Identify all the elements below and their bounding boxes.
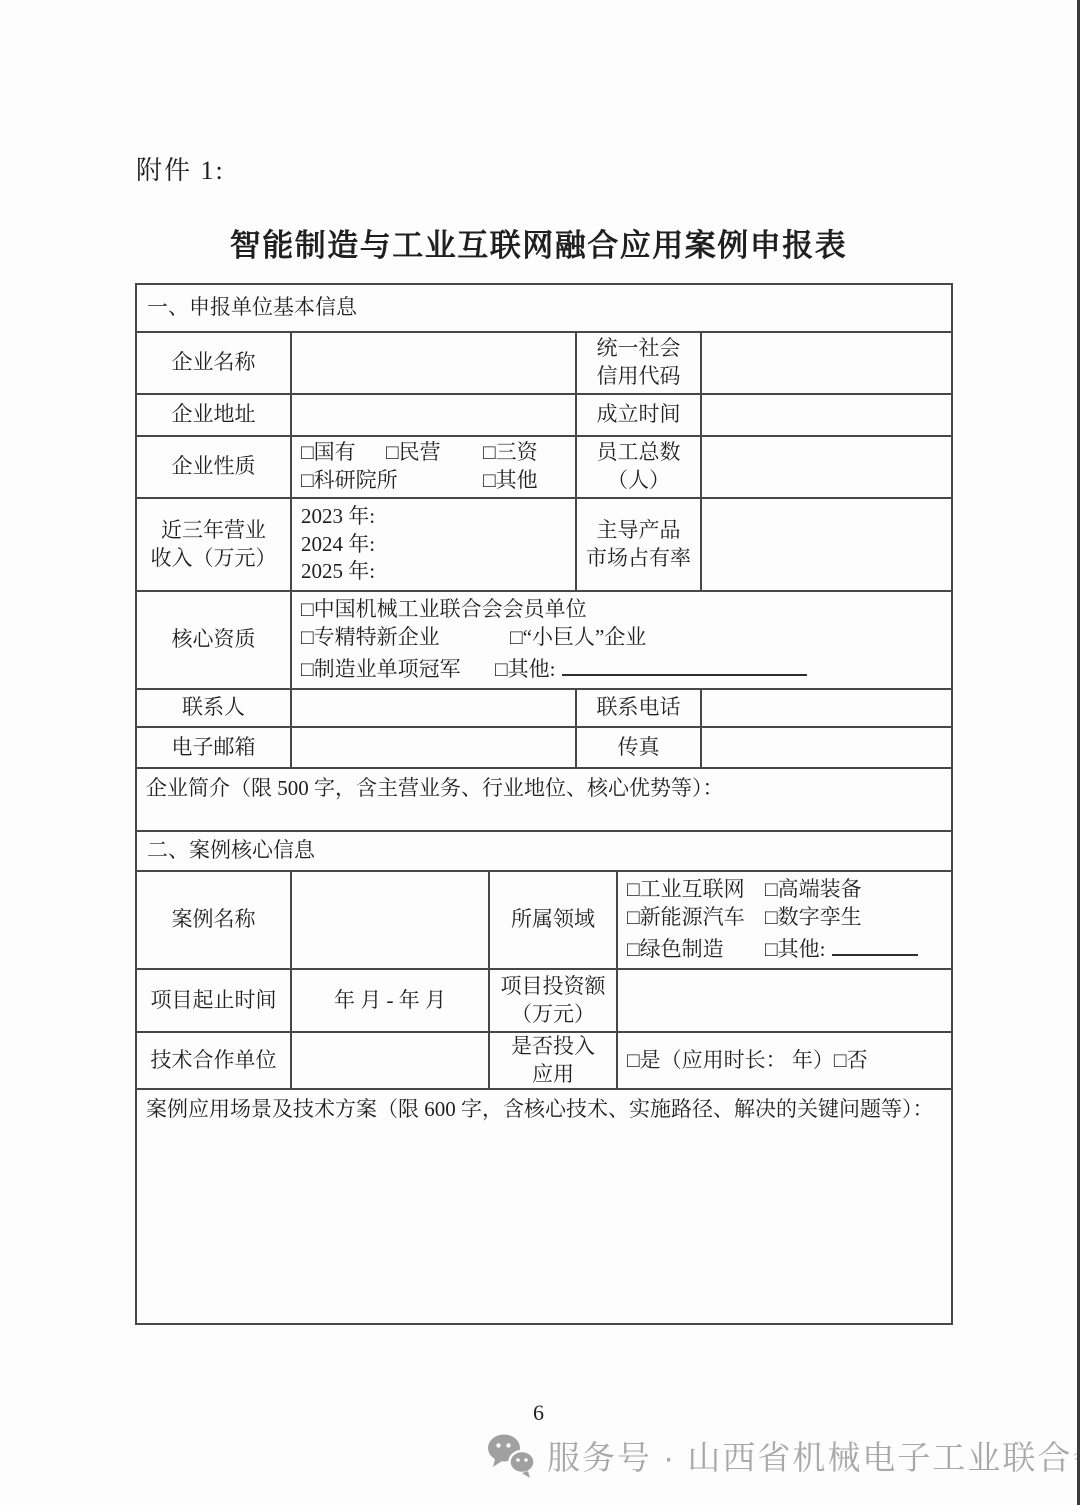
market-share-input-area bbox=[700, 499, 951, 590]
checkbox-option-state-owned: □国有 bbox=[301, 439, 386, 467]
investment-label-line2: （万元） bbox=[511, 1001, 595, 1029]
employees-input-area bbox=[700, 437, 951, 497]
company-address-label: 企业地址 bbox=[137, 395, 290, 435]
nature-options-line2: □科研院所□其他 bbox=[301, 467, 538, 495]
revenue-year-2024: 2024 年: bbox=[301, 531, 375, 559]
credit-code-label: 统一社会 信用代码 bbox=[575, 333, 700, 393]
checkbox-option-nature-other: □其他 bbox=[483, 468, 538, 492]
attachment-label: 附件 1: bbox=[136, 150, 225, 187]
company-name-label: 企业名称 bbox=[137, 333, 290, 393]
tech-partner-row: 技术合作单位 是否投入 应用 □是（应用时长： 年）□否 bbox=[137, 1031, 951, 1088]
tech-partner-label: 技术合作单位 bbox=[137, 1033, 290, 1088]
checkbox-option-new-energy-vehicle: □新能源汽车 bbox=[627, 904, 765, 932]
scenario-row: 案例应用场景及技术方案（限 600 字，含核心技术、实施路径、解决的关键问题等）… bbox=[137, 1088, 951, 1323]
company-nature-options: □国有□民营□三资 □科研院所□其他 bbox=[290, 437, 575, 497]
wechat-icon bbox=[487, 1433, 537, 1479]
email-label: 电子邮箱 bbox=[137, 728, 290, 767]
page-title: 智能制造与工业互联网融合应用案例申报表 bbox=[0, 220, 1077, 265]
market-share-label-line1: 主导产品 bbox=[597, 517, 681, 545]
revenue-label-line1: 近三年营业 bbox=[161, 517, 266, 545]
qualification-options-line2: □专精特新企业□“小巨人”企业 bbox=[301, 624, 646, 652]
qualification-row: 核心资质 □中国机械工业联合会会员单位 □专精特新企业□“小巨人”企业 □制造业… bbox=[137, 590, 951, 688]
nature-options-line1: □国有□民营□三资 bbox=[301, 439, 538, 467]
revenue-label-line2: 收入（万元） bbox=[151, 545, 277, 573]
employees-label: 员工总数 （人） bbox=[575, 437, 700, 497]
credit-code-label-line1: 统一社会 bbox=[597, 335, 681, 363]
revenue-year-2025: 2025 年: bbox=[301, 558, 375, 586]
project-duration-value: 年 月 - 年 月 bbox=[290, 970, 488, 1031]
applied-label: 是否投入 应用 bbox=[488, 1033, 616, 1088]
contact-label: 联系人 bbox=[137, 690, 290, 726]
checkbox-option-srdi-enterprise: □专精特新企业 bbox=[301, 624, 510, 652]
qualification-options-line3: □制造业单项冠军□其他: bbox=[301, 652, 807, 684]
section1-header: 一、申报单位基本信息 bbox=[137, 285, 951, 331]
checkbox-option-foreign: □三资 bbox=[483, 440, 538, 464]
email-input-area bbox=[290, 728, 575, 767]
contact-row: 联系人 联系电话 bbox=[137, 688, 951, 726]
credit-code-input-area bbox=[700, 333, 951, 393]
employees-label-line2: （人） bbox=[607, 467, 670, 495]
checkbox-option-qual-other: □其他: bbox=[495, 657, 556, 681]
field-options-line1: □工业互联网□高端装备 bbox=[627, 876, 862, 904]
fax-label: 传真 bbox=[575, 728, 700, 767]
company-profile-row: 企业简介（限 500 字，含主营业务、行业地位、核心优势等）： bbox=[137, 767, 951, 830]
revenue-years-area: 2023 年: 2024 年: 2025 年: bbox=[290, 499, 575, 590]
scenario-label: 案例应用场景及技术方案（限 600 字，含核心技术、实施路径、解决的关键问题等）… bbox=[137, 1090, 951, 1323]
company-name-input-area bbox=[290, 333, 575, 393]
fax-input-area bbox=[700, 728, 951, 767]
field-options: □工业互联网□高端装备 □新能源汽车□数字孪生 □绿色制造□其他: bbox=[616, 872, 951, 968]
company-name-row: 企业名称 统一社会 信用代码 bbox=[137, 331, 951, 393]
investment-label: 项目投资额 （万元） bbox=[488, 970, 616, 1031]
project-duration-label: 项目起止时间 bbox=[137, 970, 290, 1031]
revenue-label: 近三年营业 收入（万元） bbox=[137, 499, 290, 590]
field-options-line3: □绿色制造□其他: bbox=[627, 932, 918, 964]
document-page: 附件 1: 智能制造与工业互联网融合应用案例申报表 一、申报单位基本信息 企业名… bbox=[0, 0, 1080, 1505]
checkbox-option-high-end-equipment: □高端装备 bbox=[765, 877, 862, 901]
credit-code-label-line2: 信用代码 bbox=[597, 363, 681, 391]
case-name-label: 案例名称 bbox=[137, 872, 290, 968]
company-nature-row: 企业性质 □国有□民营□三资 □科研院所□其他 员工总数 （人） bbox=[137, 435, 951, 497]
page-number: 6 bbox=[0, 1400, 1077, 1426]
field-label: 所属领域 bbox=[488, 872, 616, 968]
phone-label: 联系电话 bbox=[575, 690, 700, 726]
case-name-input-area bbox=[290, 872, 488, 968]
founded-date-input-area bbox=[700, 395, 951, 435]
checkbox-option-cmif-member: □中国机械工业联合会会员单位 bbox=[301, 596, 587, 624]
company-profile-label: 企业简介（限 500 字，含主营业务、行业地位、核心优势等）： bbox=[137, 769, 951, 830]
section1-header-row: 一、申报单位基本信息 bbox=[137, 285, 951, 331]
investment-input-area bbox=[616, 970, 951, 1031]
watermark: 服务号 · 山西省机械电子工业联合会 bbox=[487, 1432, 1080, 1479]
revenue-year-2023: 2023 年: bbox=[301, 503, 375, 531]
checkbox-option-field-other: □其他: bbox=[765, 937, 826, 961]
contact-input-area bbox=[290, 690, 575, 726]
case-name-row: 案例名称 所属领域 □工业互联网□高端装备 □新能源汽车□数字孪生 □绿色制造□… bbox=[137, 870, 951, 968]
founded-date-label: 成立时间 bbox=[575, 395, 700, 435]
section2-header: 二、案例核心信息 bbox=[137, 832, 951, 870]
checkbox-option-green-manufacturing: □绿色制造 bbox=[627, 936, 765, 964]
company-address-row: 企业地址 成立时间 bbox=[137, 393, 951, 435]
company-address-input-area bbox=[290, 395, 575, 435]
checkbox-option-digital-twin: □数字孪生 bbox=[765, 905, 862, 929]
qualification-options: □中国机械工业联合会会员单位 □专精特新企业□“小巨人”企业 □制造业单项冠军□… bbox=[290, 592, 951, 688]
company-nature-label: 企业性质 bbox=[137, 437, 290, 497]
watermark-text: 服务号 · 山西省机械电子工业联合会 bbox=[547, 1432, 1080, 1479]
checkbox-option-research-institute: □科研院所 bbox=[301, 467, 483, 495]
investment-label-line1: 项目投资额 bbox=[501, 973, 606, 1001]
section2-header-row: 二、案例核心信息 bbox=[137, 830, 951, 870]
fill-in-blank-line bbox=[562, 652, 807, 676]
email-row: 电子邮箱 传真 bbox=[137, 726, 951, 767]
applied-label-line1: 是否投入 bbox=[511, 1033, 595, 1061]
employees-label-line1: 员工总数 bbox=[597, 439, 681, 467]
tech-partner-input-area bbox=[290, 1033, 488, 1088]
market-share-label-line2: 市场占有率 bbox=[586, 545, 691, 573]
checkbox-option-single-champion: □制造业单项冠军 bbox=[301, 656, 495, 684]
checkbox-option-private: □民营 bbox=[386, 439, 483, 467]
applied-options: □是（应用时长： 年）□否 bbox=[616, 1033, 951, 1088]
market-share-label: 主导产品 市场占有率 bbox=[575, 499, 700, 590]
qualification-label: 核心资质 bbox=[137, 592, 290, 688]
checkbox-option-industrial-internet: □工业互联网 bbox=[627, 876, 765, 904]
field-options-line2: □新能源汽车□数字孪生 bbox=[627, 904, 862, 932]
application-form-table: 一、申报单位基本信息 企业名称 统一社会 信用代码 企业地址 成立时间 企业性质… bbox=[135, 283, 953, 1325]
applied-label-line2: 应用 bbox=[532, 1061, 574, 1089]
revenue-row: 近三年营业 收入（万元） 2023 年: 2024 年: 2025 年: 主导产… bbox=[137, 497, 951, 590]
project-duration-row: 项目起止时间 年 月 - 年 月 项目投资额 （万元） bbox=[137, 968, 951, 1031]
checkbox-option-little-giant: □“小巨人”企业 bbox=[510, 625, 646, 649]
checkbox-option-applied-yes-no: □是（应用时长： 年）□否 bbox=[627, 1047, 868, 1075]
phone-input-area bbox=[700, 690, 951, 726]
fill-in-blank-line bbox=[832, 932, 918, 956]
